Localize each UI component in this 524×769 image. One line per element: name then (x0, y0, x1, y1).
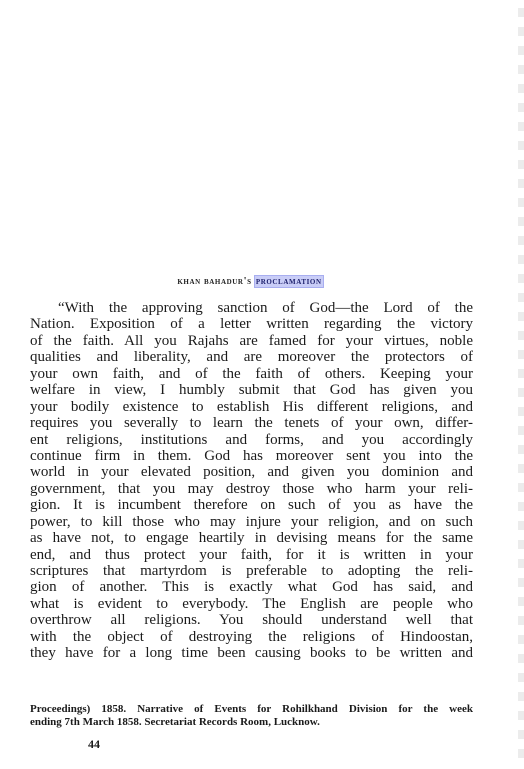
text-line: gion. It is incumbent therefore on such … (30, 497, 473, 513)
page-number: 44 (88, 737, 100, 752)
text-line: your own faith, and of the faith of othe… (30, 366, 473, 382)
text-line: “With the approving sanction of God—the … (30, 300, 473, 316)
text-line: your bodily existence to establish His d… (30, 399, 473, 415)
text-line: continue firm in them. God has moreover … (30, 448, 473, 464)
text-line: government, that you may destroy those w… (30, 481, 473, 497)
body-paragraph: “With the approving sanction of God—the … (30, 300, 473, 662)
text-line: Nation. Exposition of a letter written r… (30, 316, 473, 332)
text-line: requires you severally to learn the tene… (30, 415, 473, 431)
text-line: with the object of destroying the religi… (30, 629, 473, 645)
text-line: welfare in view, I humbly submit that Go… (30, 382, 473, 398)
text-line: what is evident to everybody. The Englis… (30, 596, 473, 612)
text-line: ent religions, institutions and forms, a… (30, 432, 473, 448)
text-line: of the faith. All you Rajahs are famed f… (30, 333, 473, 349)
footnote-line: ending 7th March 1858. Secretariat Recor… (30, 716, 420, 729)
text-line: as have not, to engage heartily in devis… (30, 530, 473, 546)
text-line: world in your elevated position, and giv… (30, 464, 473, 480)
dashed-rail (518, 8, 524, 768)
text-line: power, to kill those who may injure your… (30, 514, 473, 530)
text-line: overthrow all religions. You should unde… (30, 612, 473, 628)
highlighted-search-term[interactable]: Proclamation (255, 276, 323, 287)
footnote-line: Proceedings) 1858. Narrative of Events f… (30, 703, 473, 716)
text-line: gion of another. This is exactly what Go… (30, 579, 473, 595)
text-line: qualities and liberality, and are moreov… (30, 349, 473, 365)
text-line: they have for a long time been causing b… (30, 645, 473, 661)
text-line: scriptures that martyrdom is preferable … (30, 563, 473, 579)
heading-prefix: Khan Bahadur's (177, 276, 251, 287)
section-heading: Khan Bahadur's Proclamation (0, 276, 500, 287)
text-line: end, and thus protect your faith, for it… (30, 547, 473, 563)
document-page: Khan Bahadur's Proclamation “With the ap… (0, 0, 500, 769)
scrollbar-track[interactable] (500, 0, 524, 769)
footnote: Proceedings) 1858. Narrative of Events f… (30, 703, 473, 728)
